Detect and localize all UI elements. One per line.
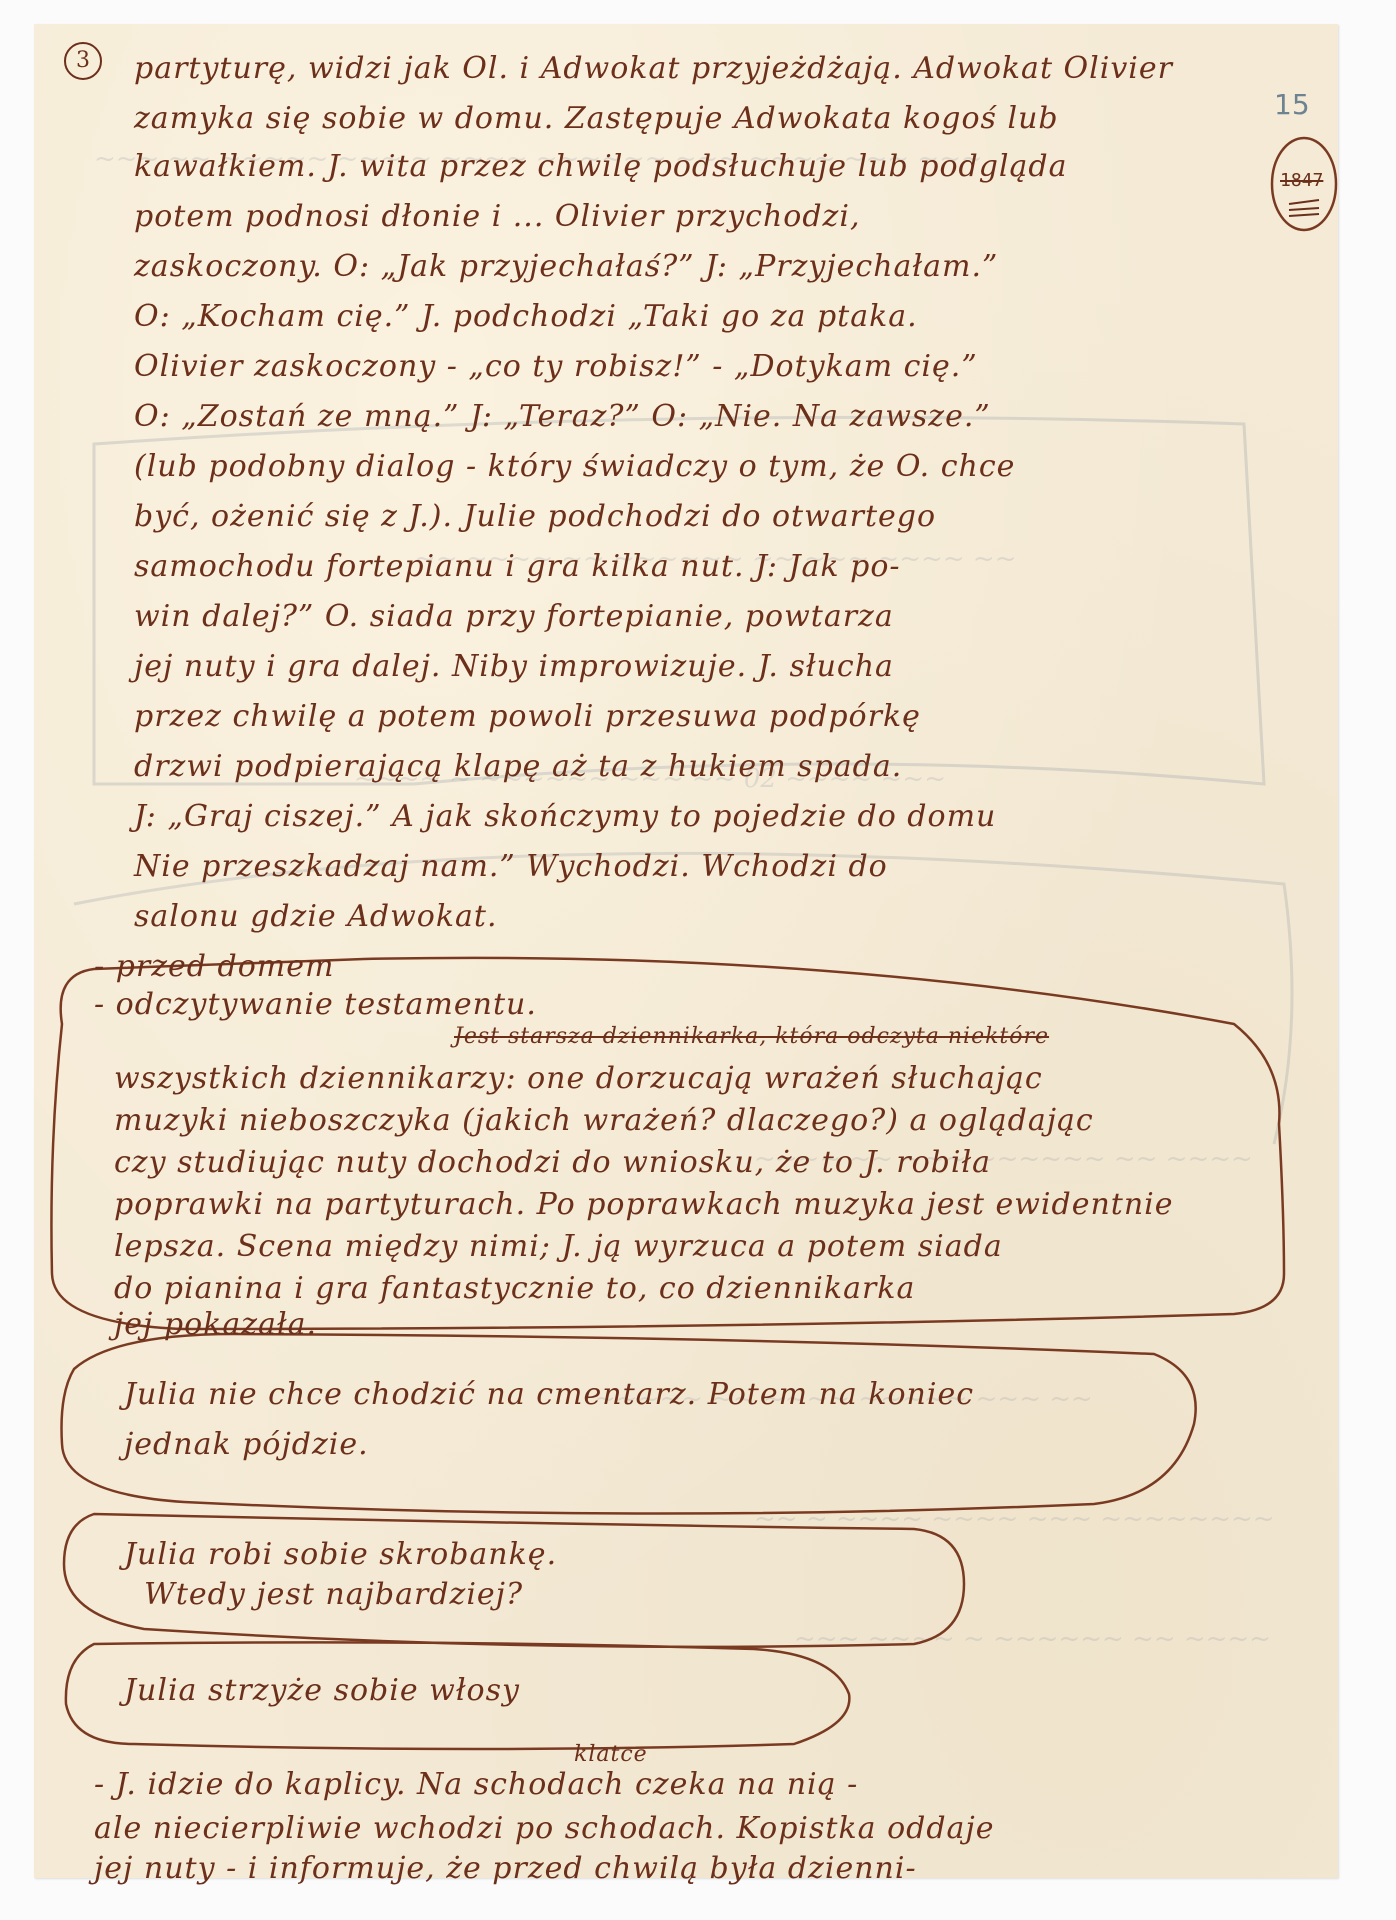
text-line: Wtedy jest najbardziej? [144, 1580, 523, 1610]
text-line: potem podnosi dłonie i ... Olivier przyc… [134, 202, 861, 232]
text-line: salonu gdzie Adwokat. [134, 902, 497, 932]
manuscript-page: ~~~ ~~ ~~~~~ ~~~ ~ ~~~~ ~~~~~~ ~~~ ~~~~ … [34, 24, 1338, 1878]
text-line: jej pokazała. [114, 1310, 317, 1340]
text-line: być, ożenić się z J.). Julie podchodzi d… [134, 502, 936, 532]
text-line: (lub podobny dialog - który świadczy o t… [134, 452, 1015, 482]
circled-margin-note: 1847 [1280, 170, 1323, 191]
text-line: kawałkiem. J. wita przez chwilę podsłuch… [134, 152, 1068, 182]
text-line: ale niecierpliwie wchodzi po schodach. K… [94, 1814, 995, 1844]
text-line: Julia robi sobie skrobankę. [124, 1540, 557, 1570]
text-line: Julia strzyże sobie włosy [124, 1676, 520, 1706]
text-line: Nie przeszkadzaj nam.” Wychodzi. Wchodzi… [134, 852, 888, 882]
text-line: Julia nie chce chodzić na cmentarz. Pote… [124, 1380, 974, 1410]
text-line: przez chwilę a potem powoli przesuwa pod… [134, 702, 921, 732]
text-line: wszystkich dziennikarzy: one dorzucają w… [114, 1064, 1043, 1094]
bullet-item: - przed domem [94, 952, 334, 982]
text-line: zamyka się sobie w domu. Zastępuje Adwok… [134, 104, 1059, 134]
text-line: jej nuty i gra dalej. Niby improwizuje. … [134, 652, 894, 682]
page-number-circle: 3 [64, 42, 102, 80]
bleed-through-text: ~~ ~ ~~~~ ~~~~ ~~~ ~~~~~~~~ [754, 1504, 1275, 1534]
text-line: samochodu fortepianu i gra kilka nut. J:… [134, 552, 901, 582]
text-line: lepsza. Scena między nimi; J. ją wyrzuca… [114, 1232, 1003, 1262]
text-line: jednak pójdzie. [124, 1430, 369, 1460]
inserted-note: klatce [574, 1744, 648, 1766]
text-line: J: „Graj ciszej.” A jak skończymy to poj… [134, 802, 996, 832]
bleed-through-text: ~~~ ~~~~ ~ ~~~~~~ ~~ ~~~~ [794, 1624, 1271, 1654]
text-line: partyturę, widzi jak Ol. i Adwokat przyj… [134, 54, 1173, 84]
text-line: Olivier zaskoczony - „co ty robisz!” - „… [134, 352, 978, 382]
text-line: O: „Kocham cię.” J. podchodzi „Taki go z… [134, 302, 918, 332]
pencil-page-number: 15 [1274, 88, 1310, 121]
text-line: - J. idzie do kaplicy. Na schodach czeka… [94, 1770, 858, 1800]
inserted-note: Jest starsza dziennikarka, która odczyta… [454, 1026, 1049, 1048]
text-line: drzwi podpierającą klapę aż ta z hukiem … [134, 752, 902, 782]
text-line: do pianina i gra fantastycznie to, co dz… [114, 1274, 915, 1304]
text-line: czy studiując nuty dochodzi do wniosku, … [114, 1148, 991, 1178]
text-line: jej nuty - i informuje, że przed chwilą … [94, 1854, 917, 1884]
text-line: poprawki na partyturach. Po poprawkach m… [114, 1190, 1174, 1220]
text-line: win dalej?” O. siada przy fortepianie, p… [134, 602, 894, 632]
text-line: O: „Zostań ze mną.” J: „Teraz?” O: „Nie.… [134, 402, 991, 432]
bullet-item: - odczytywanie testamentu. [94, 990, 537, 1020]
text-line: muzyki nieboszczyka (jakich wrażeń? dlac… [114, 1106, 1094, 1136]
text-line: zaskoczony. O: „Jak przyjechałaś?” J: „P… [134, 252, 998, 282]
